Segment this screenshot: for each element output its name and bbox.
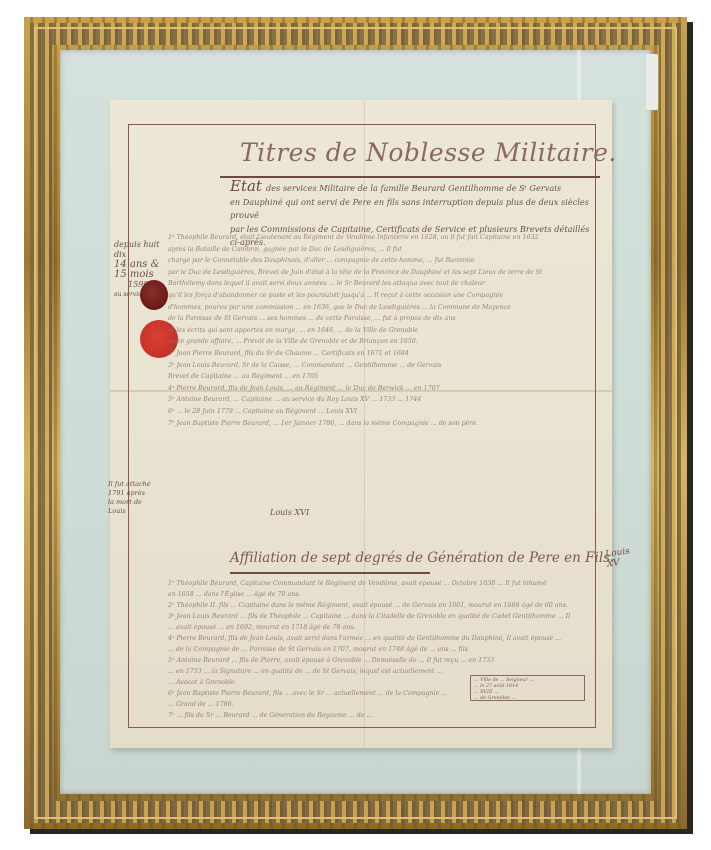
subtitle-underline: [230, 572, 430, 574]
intro-line-2: en Dauphiné qui ont servi de Pere en fil…: [230, 196, 590, 223]
glass-glare: [646, 54, 658, 110]
intro-lead-word: Etat: [230, 177, 262, 195]
title-underline: [220, 176, 600, 178]
intro-line-1: Etatdes services Militaire de la famille…: [230, 180, 590, 196]
margin-note-mid-left: Il fut attaché 1791 après la mort de Lou…: [108, 480, 163, 516]
wax-seal-dark: [140, 280, 168, 310]
service-record-text: 1ᵉ Théophile Beurard, était Lieutenant a…: [168, 232, 588, 429]
manuscript-document: Titres de Noblesse Militaire. Etatdes se…: [110, 100, 612, 748]
louis-xvi-annotation: Louis XVI: [270, 508, 309, 518]
document-title: Titres de Noblesse Militaire.: [240, 138, 580, 167]
signature-block: ... Ville de ... Seigneur ... ... le 27 …: [470, 675, 585, 701]
genealogy-subtitle: Affiliation de sept degrés de Génération…: [230, 550, 550, 566]
